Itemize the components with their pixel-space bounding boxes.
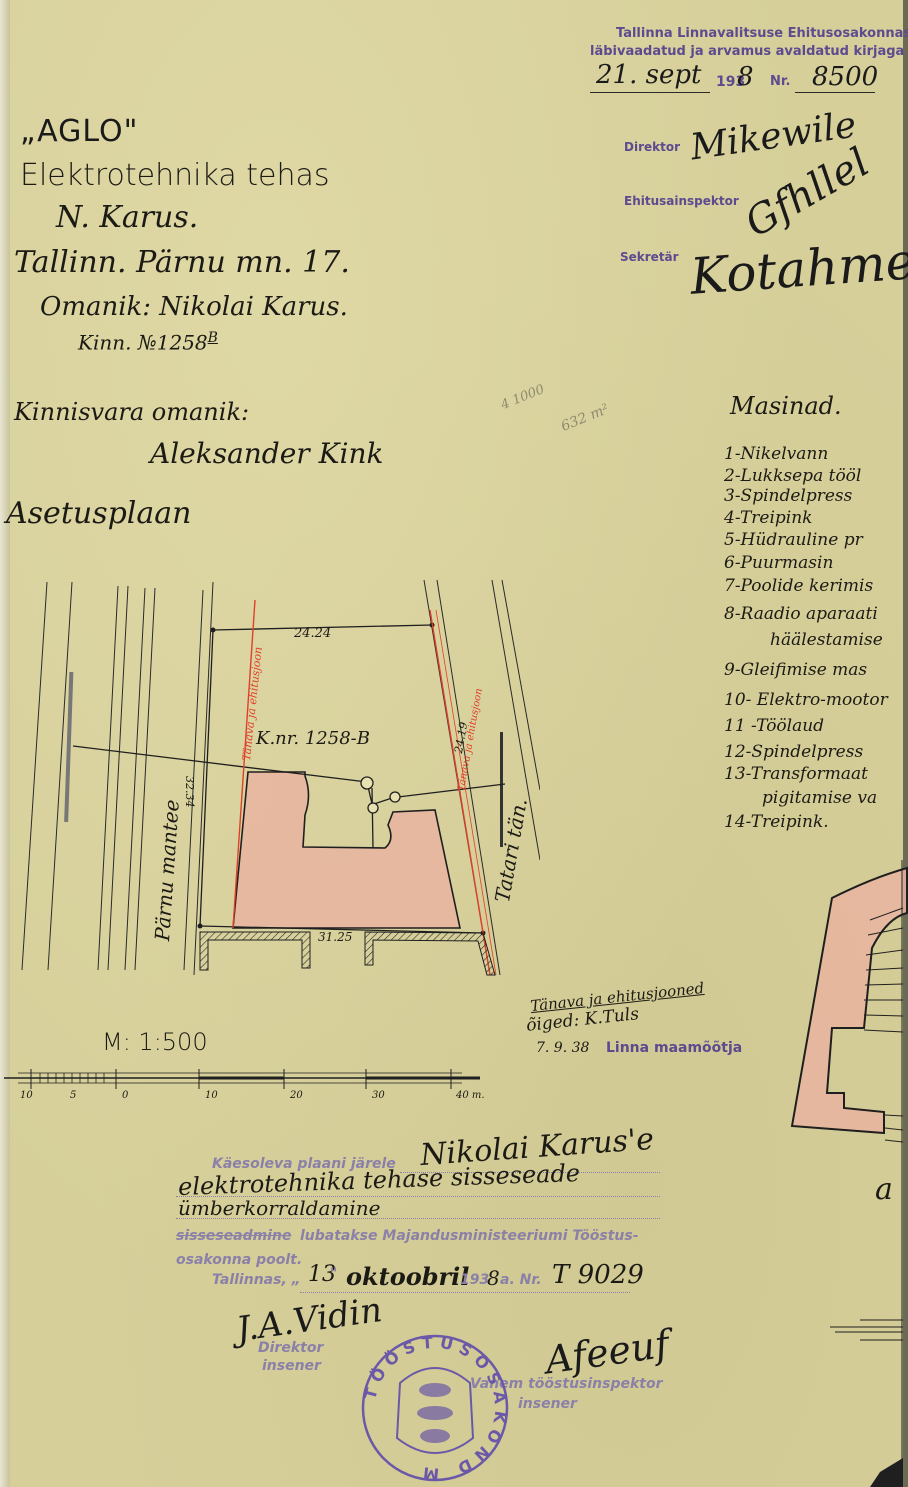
scale-tick-3: 10 [205,1090,218,1101]
machine-item: 5-Hüdrauline pr [724,530,863,550]
director-sub: insener [262,1358,321,1374]
stamp-nr-label: Nr. [770,74,790,89]
kinn-text: Kinn. №1258 [78,331,208,355]
director-label: Direktor [258,1340,323,1356]
machine-item: 9-Gleifimise mas [724,660,867,680]
dim-bottom: 31.25 [318,930,352,944]
machine-item-continued: häälestamise [770,630,883,650]
role-director-label: Direktor [624,140,680,154]
permit-struck-word: sisseseadmine [176,1228,291,1244]
machine-item: 2-Lukksepa tööl [724,466,861,486]
role-inspector-label: Ehitusainspektor [624,194,739,208]
machine-item: 3-Spindelpress [724,486,852,506]
parcel-label: K.nr. 1258-B [256,728,370,749]
surveyor-date: 7. 9. 38 [536,1040,589,1056]
plan-title: Asetusplaan [6,496,191,531]
stamp-year-digit: 8 [737,62,754,92]
kinn-number: Kinn. №1258B [78,330,218,355]
scale-tick-2: 0 [122,1090,128,1101]
pencil-note-line-2: 632 m² [559,401,611,435]
property-owner-label: Kinnisvara omanik: [14,398,249,426]
machine-item: 13-Transformaat [724,764,868,784]
owner-line: Omanik: Nikolai Karus. [40,292,348,322]
scale-label: M: 1:500 [102,1028,208,1056]
company-type: Elektrotehnika tehas [20,158,330,193]
company-address: Tallinn. Pärnu mn. 17. [14,245,350,280]
official-seal: TÖÖSTUSOSAKOND M [355,1328,515,1487]
machine-item: 8-Raadio aparaati [724,604,878,624]
company-proprietor: N. Karus. [56,200,198,235]
stamp-nr-value: 8500 [812,62,878,92]
scale-tick-4: 20 [290,1090,303,1101]
property-owner-name: Aleksander Kink [150,437,383,470]
machine-item: 11 -Töölaud [724,716,824,736]
permit-year-prefix: 193 [460,1272,489,1288]
permit-nr: T 9029 [552,1260,644,1290]
role-secretary-signature: Kotahme [688,232,908,306]
company-name: „AGLO" [20,114,138,149]
permit-year-digit: 8 [487,1266,500,1290]
permit-month: oktoobril [346,1262,469,1291]
machine-item: 7-Poolide kerimis [724,576,873,596]
inspector-signature: Afeeuf [543,1322,672,1383]
stamp-line-1: Tallinna Linnavalitsuse Ehitusosakonnas [616,26,908,41]
pencil-note-line-1: 4 1000 [499,382,547,413]
form-line [176,1218,660,1219]
scale-tick-1: 5 [70,1090,76,1101]
kinn-sup: B [208,330,218,346]
machine-item: 1-Nikelvann [724,444,828,464]
stamp-date-underline [590,92,710,93]
permit-printed-3: osakonna poolt. [176,1252,302,1268]
machine-item: 12-Spindelpress [724,742,863,762]
machine-item: 4-Treipink [724,508,813,528]
dim-left: 32.34 [183,776,196,808]
permit-hand-3: ümberkorraldamine [178,1196,380,1220]
surveyor-stamp: Linna maamõõtja [606,1040,742,1056]
machine-item: 14-Treipink. [724,812,829,832]
dim-top: 24.24 [294,626,331,641]
scale-tick-0: 10 [20,1090,33,1101]
machine-item-continued: pigitamise va [762,788,877,808]
permit-quote: " [330,1266,337,1282]
scale-tick-5: 30 [372,1090,385,1101]
stamp-date: 21. sept [596,60,701,90]
permit-nr-label: a. Nr. [500,1272,542,1288]
permit-printed-2: lubatakse Majandusministeeriumi Tööstus- [300,1228,639,1244]
scale-tick-6: 40 m. [456,1090,485,1101]
role-secretary-label: Sekretär [620,250,679,264]
machine-item: 10- Elektro-mootor [724,690,888,710]
machines-title: Masinad. [730,392,842,420]
form-line [300,1292,630,1293]
permit-place: Tallinnas, „ [212,1272,301,1288]
inspector-sub: insener [518,1396,577,1412]
stamp-nr-underline [795,92,875,93]
machine-item: 6-Puurmasin [724,553,833,573]
floor-plan-label: a [875,1172,893,1207]
stamp-line-2: läbivaadatud ja arvamus avaldatud kirjag… [590,44,904,59]
